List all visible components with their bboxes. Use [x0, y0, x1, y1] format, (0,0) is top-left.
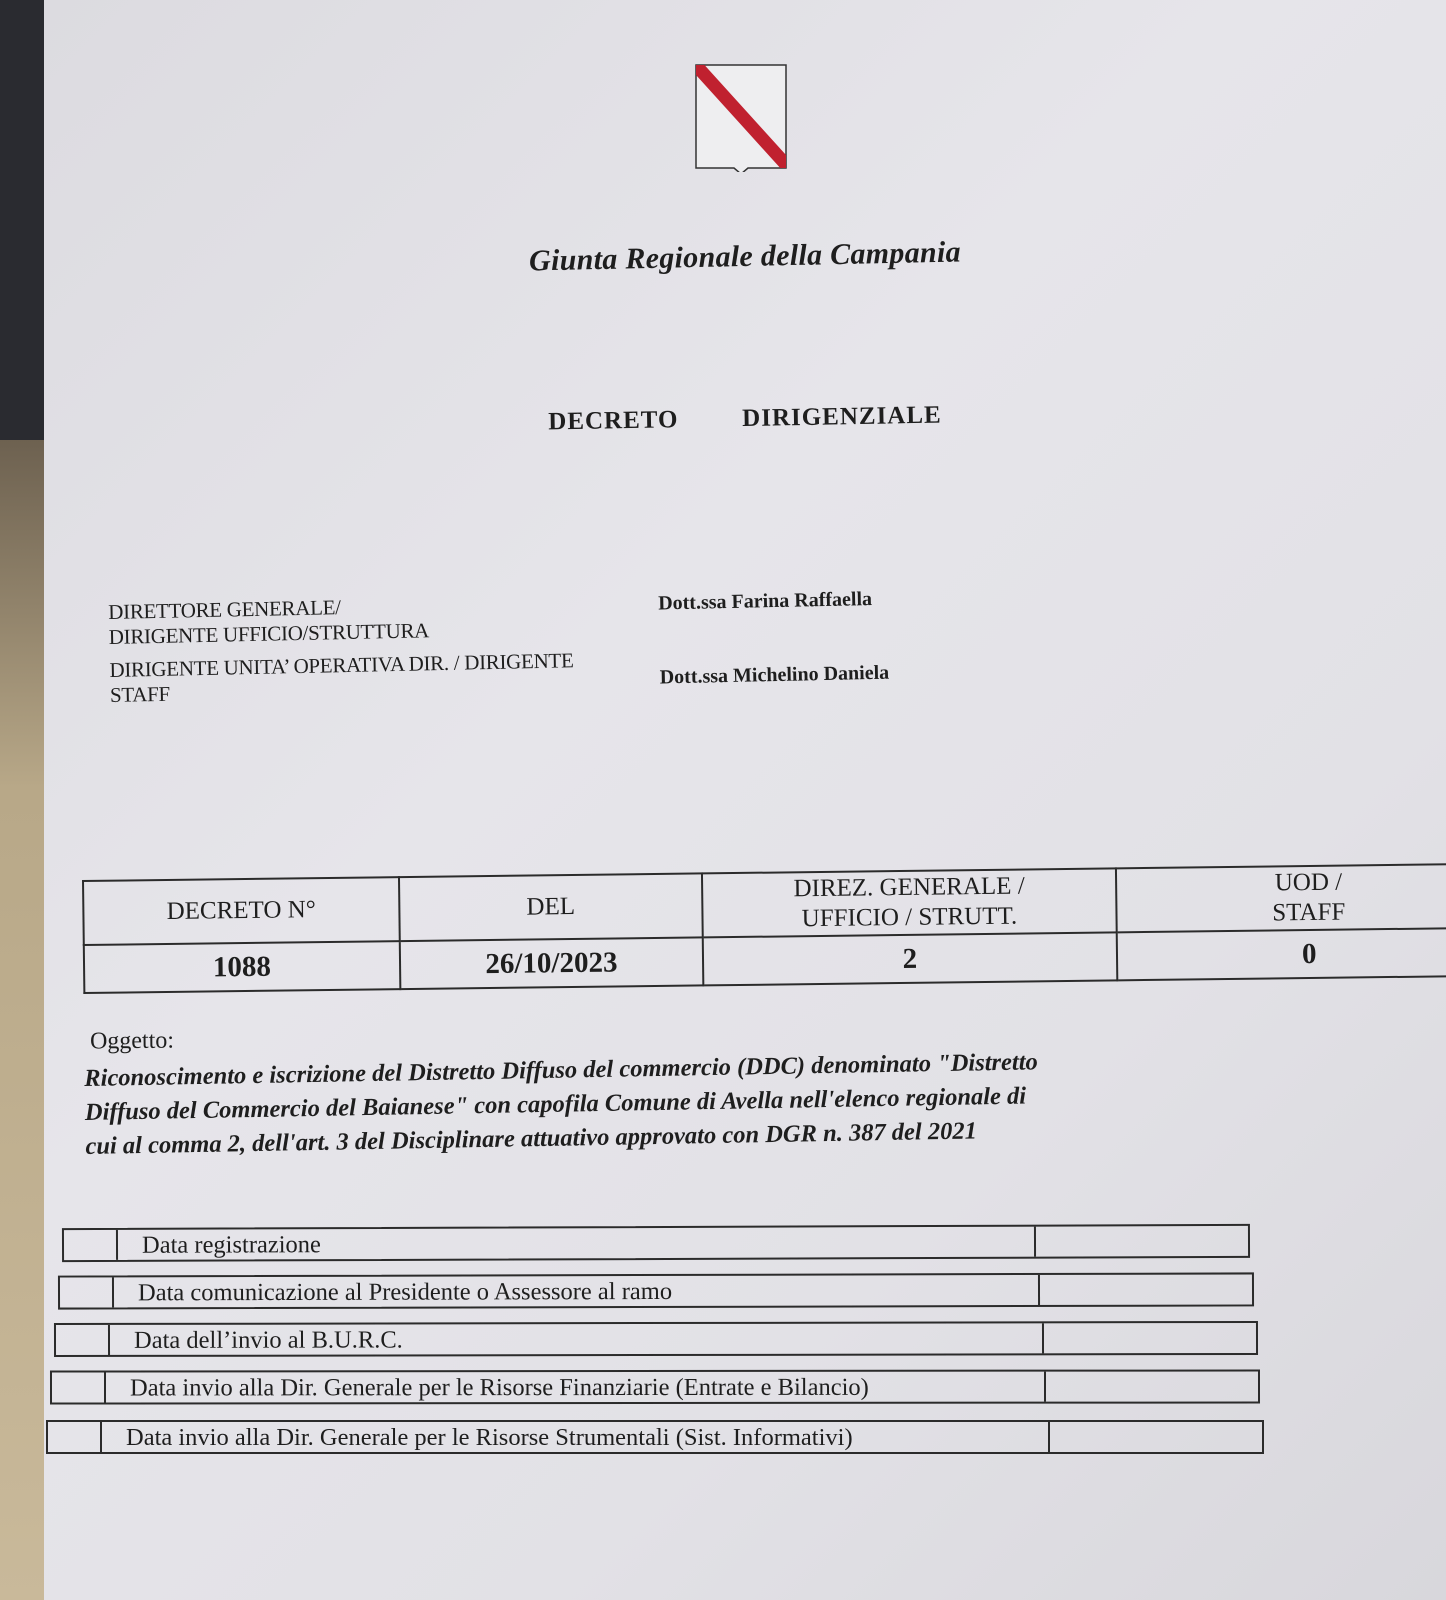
registration-row: Data comunicazione al Presidente o Asses… [58, 1272, 1254, 1309]
registration-row: Data dell’invio al B.U.R.C. [54, 1321, 1258, 1357]
header-decree-number: DECRETO N° [83, 877, 399, 945]
document-type-heading: DECRETO DIRIGENZIALE [44, 393, 1446, 445]
uod-staff-code: 0 [1116, 928, 1446, 981]
signatory-row: DIRETTORE GENERALE/ DIRIGENTE UFFICIO/ST… [108, 581, 1009, 650]
row-checkbox [60, 1277, 114, 1307]
row-checkbox [52, 1372, 106, 1402]
decree-date: 26/10/2023 [399, 937, 703, 989]
row-checkbox [48, 1422, 102, 1452]
header-date: DEL [399, 873, 703, 941]
row-value [1044, 1323, 1256, 1353]
signatory-name: Dott.ssa Michelino Daniela [659, 642, 889, 690]
decree-info-table: DECRETO N° DEL DIREZ. GENERALE /UFFICIO … [82, 863, 1446, 994]
header-uod-staff: UOD /STAFF [1116, 864, 1446, 933]
row-value [1040, 1274, 1252, 1305]
campania-coat-of-arms-icon [693, 62, 789, 172]
row-label: Data dell’invio al B.U.R.C. [110, 1323, 1044, 1355]
organization-title: Giunta Regionale della Campania [44, 225, 1446, 288]
row-value [1050, 1422, 1262, 1452]
row-value [1046, 1371, 1258, 1401]
row-label: Data registrazione [118, 1227, 1036, 1260]
subject-label: Oggetto: [90, 1028, 174, 1056]
registration-row: Data invio alla Dir. Generale per le Ris… [50, 1369, 1260, 1404]
row-checkbox [56, 1325, 110, 1355]
signatory-role: DIRETTORE GENERALE/ DIRIGENTE UFFICIO/ST… [108, 588, 659, 650]
decree-number: 1088 [84, 941, 400, 993]
document-page: Giunta Regionale della Campania DECRETO … [44, 0, 1446, 1600]
signatory-name: Dott.ssa Farina Raffaella [658, 584, 872, 615]
subject-text: Riconoscimento e iscrizione del Distrett… [84, 1042, 1226, 1164]
header-directorate: DIREZ. GENERALE /UFFICIO / STRUTT. [702, 868, 1116, 937]
row-value [1036, 1226, 1248, 1257]
row-label: Data comunicazione al Presidente o Asses… [114, 1275, 1040, 1307]
row-label: Data invio alla Dir. Generale per le Ris… [106, 1372, 1046, 1403]
registration-row: Data invio alla Dir. Generale per le Ris… [46, 1420, 1264, 1454]
row-label: Data invio alla Dir. Generale per le Ris… [102, 1422, 1050, 1452]
row-checkbox [64, 1230, 118, 1260]
signatories: DIRETTORE GENERALE/ DIRIGENTE UFFICIO/ST… [108, 581, 1010, 716]
directorate-code: 2 [703, 932, 1117, 985]
signatory-role: DIRIGENTE UNITA’ OPERATIVA DIR. / DIRIGE… [109, 646, 660, 708]
registration-row: Data registrazione [62, 1224, 1250, 1262]
signatory-row: DIRIGENTE UNITA’ OPERATIVA DIR. / DIRIGE… [109, 639, 1010, 708]
